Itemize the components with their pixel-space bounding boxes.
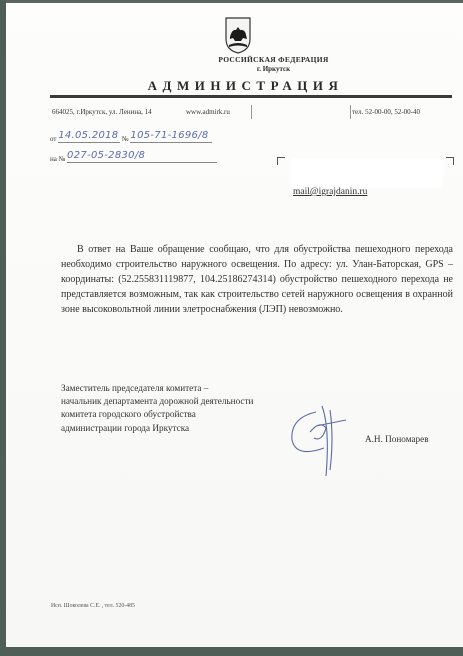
outgoing-reference: от 14.05.2018 № 105-71-1696/8	[50, 130, 212, 143]
position-line-1: Заместитель председателя комитета –	[61, 382, 253, 395]
outgoing-date: 14.05.2018	[58, 130, 120, 143]
phone-numbers: тел. 52-00-00, 52-00-40	[352, 108, 420, 116]
handwritten-signature-icon	[286, 398, 352, 480]
executor-info: Исп. Шоколева С.Е. , тел. 520-485	[51, 603, 135, 609]
address-corner-mark	[277, 157, 285, 165]
position-line-2: начальник департамента дорожной деятельн…	[61, 395, 253, 408]
divider	[350, 105, 351, 119]
redacted-recipient	[291, 158, 443, 188]
header-rule	[50, 95, 452, 98]
website-link[interactable]: www.admirk.ru	[186, 108, 230, 116]
position-line-4: администрации города Иркутска	[61, 422, 253, 435]
number-label: №	[122, 135, 129, 143]
body-paragraph: В ответ на Ваше обращение сообщаю, что д…	[61, 242, 453, 317]
incoming-reference: на № 027-05-2830/8	[50, 150, 217, 163]
in-reply-label: на №	[50, 155, 65, 163]
divider	[251, 105, 252, 119]
letter-page: РОССИЙСКАЯ ФЕДЕРАЦИЯ г. Иркутск АДМИНИСТ…	[6, 0, 463, 647]
from-label: от	[50, 135, 56, 143]
position-line-3: комитета городского обустройства	[61, 408, 253, 421]
signature-block: Заместитель председателя комитета – нача…	[61, 382, 253, 435]
letter-body: В ответ на Ваше обращение сообщаю, что д…	[61, 242, 453, 317]
address: 664025, г.Иркутск, ул. Ленина, 14	[52, 108, 152, 116]
scan-top-edge	[6, 0, 463, 3]
outgoing-number: 105-71-1696/8	[130, 130, 212, 143]
address-corner-mark	[446, 157, 454, 165]
coat-of-arms-icon	[224, 17, 252, 54]
signer-name: А.Н. Пономарев	[365, 434, 429, 444]
organization-title: АДМИНИСТРАЦИЯ	[6, 78, 463, 94]
recipient-email[interactable]: mail@igrajdanin.ru	[293, 187, 367, 197]
incoming-number: 027-05-2830/8	[67, 150, 217, 163]
country-name: РОССИЙСКАЯ ФЕДЕРАЦИЯ	[6, 55, 463, 64]
city-name: г. Иркутск	[6, 65, 463, 73]
